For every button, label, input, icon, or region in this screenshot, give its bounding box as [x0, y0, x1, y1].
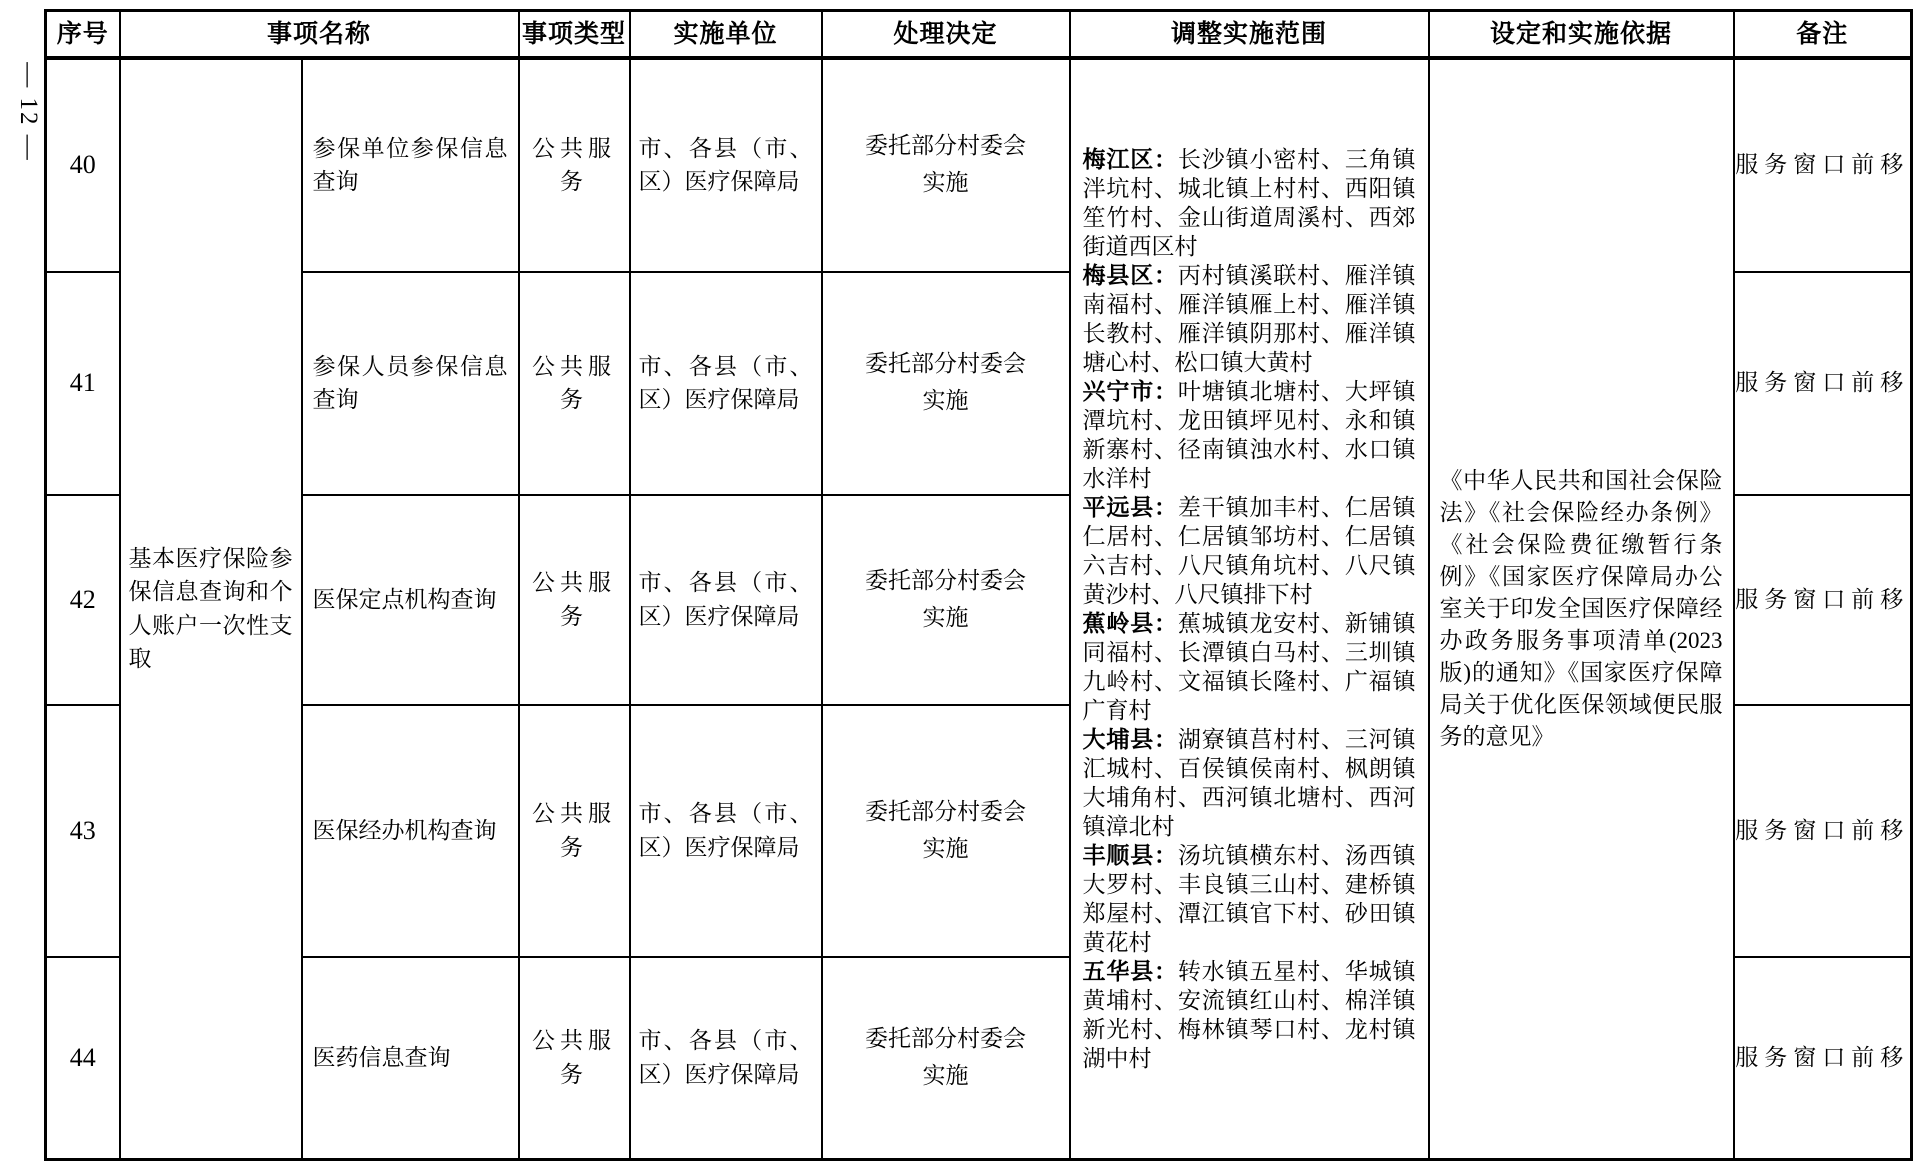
- row-43-decision: 委托部分村委会实施: [822, 705, 1070, 957]
- table-row-40: 40 基本医疗保险参保信息查询和个人账户一次性支取 参保单位参保信息查询 公共服…: [46, 58, 1912, 272]
- row-40-remark: 服务窗口前移: [1734, 58, 1912, 272]
- row-40-decision: 委托部分村委会实施: [822, 58, 1070, 272]
- scope-region-label: 五华县：: [1083, 958, 1178, 984]
- row-42-remark: 服务窗口前移: [1734, 495, 1912, 705]
- row-41-no: 41: [46, 272, 120, 495]
- row-42-decision: 委托部分村委会实施: [822, 495, 1070, 705]
- scope-region-label: 平远县：: [1083, 494, 1178, 520]
- scope-region-label: 梅江区：: [1083, 146, 1178, 172]
- header-decision: 处理决定: [822, 11, 1070, 58]
- row-42-name: 医保定点机构查询: [302, 495, 519, 705]
- row-41-type: 公共服务: [519, 272, 630, 495]
- scope-region-label: 梅县区：: [1083, 262, 1178, 288]
- header-remark: 备注: [1734, 11, 1912, 58]
- header-name: 事项名称: [120, 11, 519, 58]
- scope-cell: 梅江区：长沙镇小密村、三角镇泮坑村、城北镇上村村、西阳镇笙竹村、金山街道周溪村、…: [1070, 58, 1429, 1160]
- scope-region: 大埔县：湖寮镇莒村村、三河镇汇城村、百侯镇侯南村、枫朗镇大埔角村、西河镇北塘村、…: [1083, 725, 1416, 841]
- scope-region-label: 大埔县：: [1083, 726, 1178, 752]
- header-unit: 实施单位: [630, 11, 822, 58]
- scope-region: 蕉岭县：蕉城镇龙安村、新铺镇同福村、长潭镇白马村、三圳镇九岭村、文福镇长隆村、广…: [1083, 609, 1416, 725]
- table-header-row: 序号 事项名称 事项类型 实施单位 处理决定 调整实施范围 设定和实施依据 备注: [46, 11, 1912, 58]
- scope-region: 梅江区：长沙镇小密村、三角镇泮坑村、城北镇上村村、西阳镇笙竹村、金山街道周溪村、…: [1083, 145, 1416, 261]
- scope-region: 平远县：差干镇加丰村、仁居镇仁居村、仁居镇邹坊村、仁居镇六吉村、八尺镇角坑村、八…: [1083, 493, 1416, 609]
- row-40-unit: 市、各县（市、区）医疗保障局: [630, 58, 822, 272]
- service-items-table: 序号 事项名称 事项类型 实施单位 处理决定 调整实施范围 设定和实施依据 备注…: [44, 9, 1913, 1161]
- row-40-no: 40: [46, 58, 120, 272]
- header-scope: 调整实施范围: [1070, 11, 1429, 58]
- header-no: 序号: [46, 11, 120, 58]
- row-42-no: 42: [46, 495, 120, 705]
- decision-text: 委托部分村委会实施: [861, 128, 1031, 202]
- scope-region-label: 兴宁市：: [1083, 378, 1178, 404]
- row-43-unit: 市、各县（市、区）医疗保障局: [630, 705, 822, 957]
- document-page: { "page_number": "— 12 —", "colors": { "…: [0, 0, 1920, 1164]
- row-44-remark: 服务窗口前移: [1734, 957, 1912, 1160]
- row-41-name: 参保人员参保信息查询: [302, 272, 519, 495]
- decision-text: 委托部分村委会实施: [861, 1021, 1031, 1095]
- decision-text: 委托部分村委会实施: [861, 346, 1031, 420]
- row-43-name: 医保经办机构查询: [302, 705, 519, 957]
- row-44-no: 44: [46, 957, 120, 1160]
- row-43-no: 43: [46, 705, 120, 957]
- scope-region: 梅县区：丙村镇溪联村、雁洋镇南福村、雁洋镇雁上村、雁洋镇长教村、雁洋镇阴那村、雁…: [1083, 261, 1416, 377]
- legal-basis-cell: 《中华人民共和国社会保险法》《社会保险经办条例》《社会保险费征缴暂行条例》《国家…: [1429, 58, 1734, 1160]
- row-41-decision: 委托部分村委会实施: [822, 272, 1070, 495]
- scope-region-label: 丰顺县：: [1083, 842, 1178, 868]
- row-43-type: 公共服务: [519, 705, 630, 957]
- row-41-unit: 市、各县（市、区）医疗保障局: [630, 272, 822, 495]
- scope-region: 丰顺县：汤坑镇横东村、汤西镇大罗村、丰良镇三山村、建桥镇郑屋村、潭江镇官下村、砂…: [1083, 841, 1416, 957]
- header-basis: 设定和实施依据: [1429, 11, 1734, 58]
- item-group-name: 基本医疗保险参保信息查询和个人账户一次性支取: [120, 58, 302, 1160]
- row-44-decision: 委托部分村委会实施: [822, 957, 1070, 1160]
- scope-region: 兴宁市：叶塘镇北塘村、大坪镇潭坑村、龙田镇坪见村、永和镇新寨村、径南镇浊水村、水…: [1083, 377, 1416, 493]
- scope-region: 五华县：转水镇五星村、华城镇黄埔村、安流镇红山村、棉洋镇新光村、梅林镇琴口村、龙…: [1083, 957, 1416, 1073]
- decision-text: 委托部分村委会实施: [861, 563, 1031, 637]
- decision-text: 委托部分村委会实施: [861, 794, 1031, 868]
- row-41-remark: 服务窗口前移: [1734, 272, 1912, 495]
- row-44-type: 公共服务: [519, 957, 630, 1160]
- header-type: 事项类型: [519, 11, 630, 58]
- row-40-type: 公共服务: [519, 58, 630, 272]
- page-number: — 12 —: [2, 47, 42, 177]
- row-40-name: 参保单位参保信息查询: [302, 58, 519, 272]
- row-44-unit: 市、各县（市、区）医疗保障局: [630, 957, 822, 1160]
- row-43-remark: 服务窗口前移: [1734, 705, 1912, 957]
- scope-region-label: 蕉岭县：: [1083, 610, 1178, 636]
- row-42-unit: 市、各县（市、区）医疗保障局: [630, 495, 822, 705]
- row-44-name: 医药信息查询: [302, 957, 519, 1160]
- row-42-type: 公共服务: [519, 495, 630, 705]
